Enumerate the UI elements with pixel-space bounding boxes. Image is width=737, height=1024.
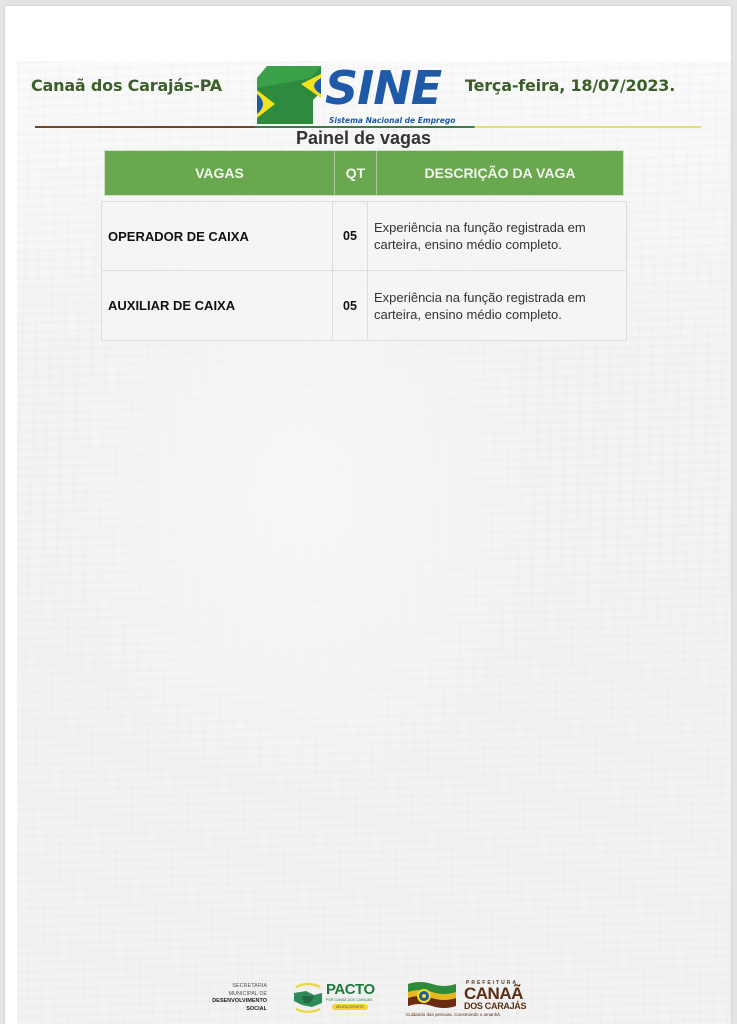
table-row: OPERADOR DE CAIXA 05 Experiência na funç…	[102, 202, 626, 271]
table-header: VAGAS QT DESCRIÇÃO DA VAGA	[104, 150, 624, 196]
sine-tagline: Sistema Nacional de Emprego	[329, 116, 455, 125]
column-header-vagas: VAGAS	[105, 151, 335, 195]
prefeitura-tagline: Cuidando das pessoas. Construindo o aman…	[406, 1012, 501, 1017]
job-title: AUXILIAR DE CAIXA	[102, 271, 333, 340]
job-description: Experiência na função registrada em cart…	[368, 202, 626, 270]
jobs-table: OPERADOR DE CAIXA 05 Experiência na funç…	[101, 201, 627, 341]
prefeitura-name: CANAÃ	[464, 985, 523, 1002]
job-quantity: 05	[333, 202, 368, 270]
secretaria-line1: SECRETARIA	[200, 983, 267, 991]
prefeitura-subtitle: DOS CARAJÁS	[464, 1001, 526, 1011]
job-description: Experiência na função registrada em cart…	[368, 271, 626, 340]
secretaria-logo: SECRETARIA MUNICIPAL DE DESENVOLVIMENTO …	[200, 983, 267, 1013]
pacto-subtitle: POR CANAÃ DOS CARAJÁS	[326, 998, 372, 1002]
municipal-flag-icon	[406, 980, 458, 1012]
sine-logo: SINE Sistema Nacional de Emprego	[257, 64, 457, 128]
prefeitura-logo: PREFEITURA CANAÃ DOS CARAJÁS Cuidando da…	[406, 978, 536, 1020]
table-row: AUXILIAR DE CAIXA 05 Experiência na funç…	[102, 271, 626, 340]
secretaria-line3: DESENVOLVIMENTO	[212, 998, 267, 1004]
pacto-logo: PACTO POR CANAÃ DOS CARAJÁS #EUFAÇOPARTE	[292, 981, 384, 1017]
header-date: Terça-feira, 18/07/2023.	[465, 76, 675, 95]
job-title: OPERADOR DE CAIXA	[102, 202, 333, 270]
header-city: Canaã dos Carajás-PA	[31, 76, 222, 95]
sine-wordmark: SINE	[325, 60, 441, 116]
secretaria-line4: SOCIAL	[246, 1006, 267, 1012]
page-title: Painel de vagas	[0, 128, 727, 149]
pacto-hashtag-badge: #EUFAÇOPARTE	[332, 1004, 368, 1010]
footer-logos: SECRETARIA MUNICIPAL DE DESENVOLVIMENTO …	[0, 975, 727, 1020]
job-quantity: 05	[333, 271, 368, 340]
secretaria-line2: MUNICIPAL DE	[200, 991, 267, 999]
brazil-flag-mark-icon	[257, 66, 321, 124]
column-header-qt: QT	[335, 151, 377, 195]
pacto-wordmark: PACTO	[326, 981, 375, 998]
column-header-descricao: DESCRIÇÃO DA VAGA	[377, 151, 623, 195]
handshake-icon	[292, 983, 324, 1013]
